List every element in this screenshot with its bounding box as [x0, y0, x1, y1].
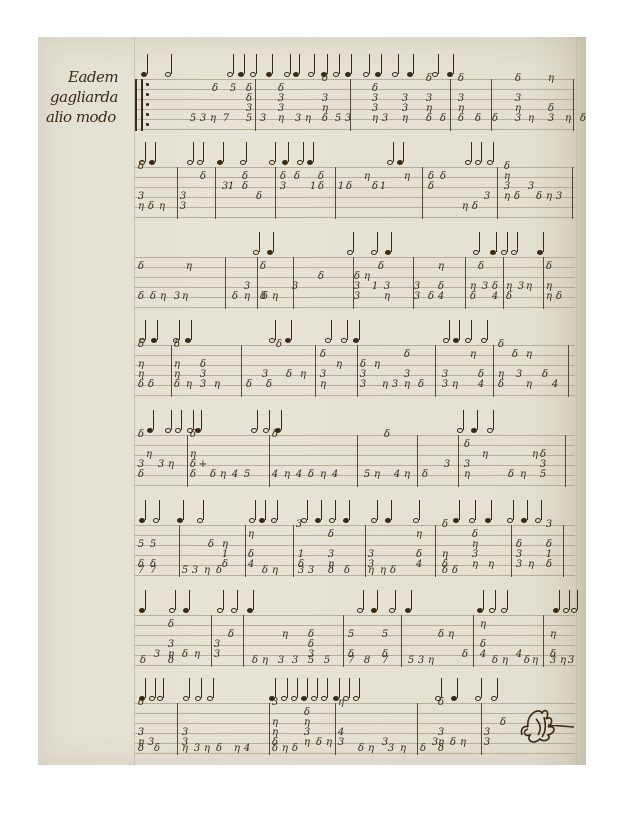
staff-line — [135, 615, 575, 616]
quarter-note-icon — [267, 231, 275, 255]
quarter-note-icon — [177, 499, 185, 523]
tab-fret-letter: δ — [138, 292, 144, 302]
tab-fret-letter: 4 — [438, 292, 444, 302]
half-note-icon — [357, 589, 365, 613]
tab-fret-letter: δ — [470, 292, 476, 302]
half-note-icon — [311, 677, 319, 701]
tab-fret-letter: δ — [190, 430, 196, 440]
staff-line — [135, 79, 575, 80]
half-note-icon — [491, 677, 499, 701]
tab-fret-letter: η — [146, 450, 152, 460]
tab-fret-letter: δ — [328, 530, 334, 540]
half-note-icon — [251, 409, 259, 433]
tab-fret-letter: η — [472, 560, 478, 570]
tab-fret-letter: η — [194, 650, 200, 660]
barline — [543, 257, 544, 309]
tab-fret-letter: δ — [372, 182, 378, 192]
tab-fret-letter: δ — [242, 182, 248, 192]
tab-fret-letter: η — [526, 380, 532, 390]
tab-fret-letter: δ — [246, 380, 252, 390]
half-note-icon — [432, 53, 440, 77]
tab-fret-letter: δ — [556, 292, 562, 302]
quarter-note-icon — [521, 499, 529, 523]
tab-fret-letter: δ — [168, 656, 174, 666]
tab-fret-letter: η — [182, 292, 188, 302]
half-note-icon — [325, 319, 333, 343]
barline — [568, 345, 569, 397]
staff-line — [135, 555, 575, 556]
tab-fret-letter: 3 — [272, 698, 278, 708]
tab-fret-letter: δ — [138, 744, 144, 754]
half-note-icon — [165, 409, 173, 433]
tab-fret-letter: δ — [212, 84, 218, 94]
half-note-icon — [353, 677, 361, 701]
tab-fret-letter: η — [282, 744, 288, 754]
barline — [179, 525, 180, 577]
tab-staff: δ553η7δδ353δ33η3ηδ3ηδ53δ33η333ηδ3ηδδδ3ηδ… — [135, 79, 575, 131]
half-note-icon — [250, 53, 258, 77]
tab-fret-letter: δ — [286, 370, 292, 380]
half-note-icon — [153, 499, 161, 523]
tab-fret-letter: δ — [200, 172, 206, 182]
barline — [497, 167, 498, 219]
tab-staff: δ3ηδ3δδη33δδη3η3δδ3555δ785δ753ηδηδηδ4δη4… — [135, 615, 575, 667]
half-note-icon — [563, 589, 571, 613]
tab-fret-letter: 4 — [272, 470, 278, 480]
tab-fret-letter: 3 — [516, 560, 522, 570]
tab-fret-letter: η — [248, 530, 254, 540]
barline — [315, 345, 316, 397]
tab-fret-letter: η — [480, 620, 486, 630]
staff-line — [135, 733, 575, 734]
tab-fret-letter: δ — [498, 380, 504, 390]
tab-fret-letter: δ — [138, 262, 144, 272]
tab-fret-letter: 5 — [182, 566, 188, 576]
quarter-note-icon — [375, 53, 383, 77]
half-note-icon — [297, 141, 305, 165]
tab-fret-letter: δ — [458, 114, 464, 124]
staff-line — [135, 455, 575, 456]
barline — [245, 525, 246, 577]
rhythm-row — [135, 585, 575, 613]
tab-fret-letter: η — [470, 350, 476, 360]
barline — [417, 703, 418, 755]
half-note-icon — [308, 53, 316, 77]
tab-fret-letter: δ — [150, 292, 156, 302]
tab-fret-letter: η — [448, 630, 454, 640]
quarter-note-icon — [185, 319, 193, 343]
tab-fret-letter: δ — [228, 630, 234, 640]
quarter-note-icon — [149, 141, 157, 165]
tab-fret-letter: δ — [174, 340, 180, 350]
tab-fret-letter: 4 — [244, 744, 250, 754]
tab-fret-letter: η — [560, 656, 566, 666]
tab-fret-letter: 3 — [484, 192, 490, 202]
tab-fret-letter: 3 — [194, 744, 200, 754]
tab-fret-letter: δ — [154, 744, 160, 754]
half-note-icon — [175, 409, 183, 433]
tab-fret-letter: η — [244, 292, 250, 302]
tab-fret-letter: η — [532, 656, 538, 666]
half-note-icon — [253, 231, 261, 255]
tab-fret-letter: 1 — [228, 182, 234, 192]
tab-fret-letter: 5 — [382, 630, 388, 640]
right-margin-rule — [576, 37, 577, 765]
tab-fret-letter: 5 — [244, 470, 250, 480]
tab-fret-letter: 4 — [296, 470, 302, 480]
quarter-note-icon — [285, 319, 293, 343]
tab-fret-letter: δ — [428, 292, 434, 302]
tab-fret-letter: 3 — [515, 114, 521, 124]
tab-fret-letter: 7 — [348, 656, 354, 666]
half-note-icon — [207, 677, 215, 701]
staff-line — [135, 109, 575, 110]
tab-fret-letter: η — [532, 450, 538, 460]
half-note-icon — [291, 677, 299, 701]
tab-fret-letter: δ — [418, 380, 424, 390]
tab-fret-letter: 3 — [550, 656, 556, 666]
quarter-note-icon — [405, 589, 413, 613]
tab-fret-letter: + — [199, 460, 207, 470]
quarter-note-icon — [385, 499, 393, 523]
quarter-note-icon — [315, 499, 323, 523]
tab-fret-letter: δ — [442, 566, 448, 576]
staff-line — [135, 645, 575, 646]
tab-fret-letter: η — [546, 192, 552, 202]
tab-fret-letter: δ — [462, 650, 468, 660]
staff-line — [135, 753, 575, 754]
staff-line — [135, 307, 575, 308]
quarter-note-icon — [247, 589, 255, 613]
heading-line-1: Eadem — [46, 67, 136, 87]
half-note-icon — [487, 409, 495, 433]
rhythm-row — [135, 227, 575, 255]
tab-staff: δηδδη3ηδ3ηδδηδ3δδ33η1δ3η33δηδ4ηδδ3δ4ηδ3η… — [135, 257, 575, 309]
tab-fret-letter: δ — [542, 370, 548, 380]
quarter-note-icon — [345, 53, 353, 77]
half-note-icon — [347, 231, 355, 255]
tab-fret-letter: δ — [216, 744, 222, 754]
tab-fret-letter: 3 — [292, 282, 298, 292]
staff-line — [135, 435, 575, 436]
quarter-note-icon — [371, 589, 379, 613]
quarter-note-icon — [217, 141, 225, 165]
half-note-icon — [475, 141, 483, 165]
tab-fret-letter: δ — [344, 566, 350, 576]
tab-fret-letter: η — [364, 172, 370, 182]
tab-fret-letter: δ — [492, 656, 498, 666]
quarter-note-icon — [490, 231, 498, 255]
tab-fret-letter: δ — [140, 656, 146, 666]
staff-line — [135, 257, 575, 258]
barline — [573, 79, 574, 131]
tab-fret-letter: η — [404, 470, 410, 480]
tab-fret-letter: δ — [498, 340, 504, 350]
quarter-note-icon — [307, 141, 315, 165]
tab-fret-letter: η — [168, 460, 174, 470]
barline — [177, 167, 178, 219]
barline — [572, 167, 573, 219]
tab-fret-letter: δ — [390, 566, 396, 576]
tab-fret-letter: δ — [442, 520, 448, 530]
tab-fret-letter: δ — [478, 262, 484, 272]
tab-fret-letter: η — [482, 450, 488, 460]
tab-fret-letter: η — [372, 114, 378, 124]
tab-fret-letter: η — [374, 360, 380, 370]
tab-fret-letter: η — [138, 202, 144, 212]
staff-line — [135, 89, 575, 90]
half-note-icon — [489, 589, 497, 613]
staff-line — [135, 635, 575, 636]
tab-fret-letter: δ — [464, 440, 470, 450]
piece-heading: Eadem gagliarda alio modo — [46, 67, 136, 127]
half-note-icon — [465, 319, 473, 343]
tab-fret-letter: δ — [422, 470, 428, 480]
tab-fret-letter: δ — [384, 430, 390, 440]
half-note-icon — [481, 319, 489, 343]
barline — [357, 435, 358, 487]
barline — [335, 703, 336, 755]
tab-fret-letter: δ — [420, 744, 426, 754]
barline — [543, 615, 544, 667]
barline — [417, 435, 418, 487]
tab-fret-letter: 5 — [324, 656, 330, 666]
half-note-icon — [413, 499, 421, 523]
tab-fret-letter: δ — [138, 380, 144, 390]
tab-fret-letter: δ — [308, 470, 314, 480]
quarter-note-icon — [553, 589, 561, 613]
tab-fret-letter: δ — [138, 698, 144, 708]
tab-fret-letter: δ — [210, 470, 216, 480]
tab-fret-letter: δ — [148, 202, 154, 212]
staff-line — [135, 99, 575, 100]
tab-fret-letter: η — [210, 114, 216, 124]
half-note-icon — [187, 141, 195, 165]
barline — [257, 257, 258, 309]
staff-line — [135, 445, 575, 446]
tab-fret-letter: δ — [536, 192, 542, 202]
tab-fret-letter: δ — [138, 162, 144, 172]
tab-fret-letter: δ — [452, 566, 458, 576]
barline — [458, 435, 459, 487]
tab-fret-letter: 5 — [335, 114, 341, 124]
tab-fret-letter: 3 — [442, 380, 448, 390]
barline — [241, 345, 242, 397]
tab-fret-letter: η — [338, 698, 344, 708]
quarter-note-icon — [471, 409, 479, 433]
quarter-note-icon — [141, 53, 149, 77]
tab-fret-letter: δ — [138, 430, 144, 440]
barline — [493, 345, 494, 397]
tab-fret-letter: δ — [272, 744, 278, 754]
half-note-icon — [571, 589, 579, 613]
staff-line — [135, 713, 575, 714]
tab-fret-letter: η — [526, 282, 532, 292]
tab-fret-letter: 3 — [528, 182, 534, 192]
tab-fret-letter: δ — [450, 738, 456, 748]
tab-fret-letter: δ — [475, 114, 481, 124]
tab-fret-letter: 1 — [372, 282, 378, 292]
tab-fret-letter: δ — [440, 172, 446, 182]
quarter-note-icon — [407, 53, 415, 77]
rhythm-row — [135, 673, 575, 701]
half-note-icon — [231, 589, 239, 613]
heading-line-3: alio modo — [46, 107, 136, 127]
barline — [293, 525, 294, 577]
tab-fret-letter: 3 — [345, 114, 351, 124]
barline — [243, 615, 244, 667]
staff-line — [135, 485, 575, 486]
tab-fret-letter: η — [320, 380, 326, 390]
half-note-icon — [333, 53, 341, 77]
rhythm-row — [135, 49, 575, 77]
tab-fret-letter: η — [428, 656, 434, 666]
half-note-icon — [363, 53, 371, 77]
half-note-icon — [329, 499, 337, 523]
tab-fret-letter: 3 — [444, 460, 450, 470]
tab-fret-letter: η — [528, 114, 534, 124]
half-note-icon — [475, 677, 483, 701]
tab-fret-letter: η — [204, 744, 210, 754]
tab-fret-letter: 5 — [150, 540, 156, 550]
quarter-note-icon — [477, 589, 485, 613]
tab-fret-letter: 5 — [408, 656, 414, 666]
tab-fret-letter: 3 — [174, 292, 180, 302]
rhythm-row — [135, 405, 575, 433]
half-note-icon — [443, 319, 451, 343]
tab-fret-letter: δ — [404, 350, 410, 360]
tab-fret-letter: 3 — [192, 566, 198, 576]
tab-fret-letter: η — [565, 114, 571, 124]
tab-fret-letter: δ — [346, 182, 352, 192]
tab-fret-letter: δ — [190, 470, 196, 480]
half-note-icon — [197, 499, 205, 523]
tab-fret-letter: η — [400, 744, 406, 754]
tab-fret-letter: δ — [232, 292, 238, 302]
tab-fret-letter: η — [220, 470, 226, 480]
half-note-icon — [269, 141, 277, 165]
barline — [563, 525, 564, 577]
tab-fret-letter: 4 — [552, 380, 558, 390]
tab-fret-letter: 4 — [394, 470, 400, 480]
tab-fret-letter: δ — [168, 620, 174, 630]
tab-fret-letter: η — [404, 172, 410, 182]
barline — [269, 435, 270, 487]
tab-fret-letter: η — [502, 656, 508, 666]
barline — [171, 345, 172, 397]
tab-fret-letter: δ — [378, 262, 384, 272]
tab-fret-letter: 3 — [414, 292, 420, 302]
tab-fret-letter: η — [182, 744, 188, 754]
tab-fret-letter: δ — [438, 698, 444, 708]
barline — [422, 167, 423, 219]
tab-fret-letter: 3 — [556, 192, 562, 202]
tab-fret-letter: η — [528, 560, 534, 570]
half-note-icon — [271, 499, 279, 523]
tab-fret-letter: η — [284, 470, 290, 480]
barline — [215, 167, 216, 219]
tab-fret-letter: δ — [492, 114, 498, 124]
tab-fret-letter: 4 — [332, 470, 338, 480]
half-note-icon — [183, 677, 191, 701]
tab-fret-letter: 5 — [364, 470, 370, 480]
tab-fret-letter: η — [368, 566, 374, 576]
tab-fret-letter: δ — [506, 292, 512, 302]
tab-fret-letter: 7 — [150, 566, 156, 576]
tab-fret-letter: η — [462, 202, 468, 212]
barline — [335, 167, 336, 219]
barline — [435, 345, 436, 397]
barline — [473, 615, 474, 667]
tab-fret-letter: 3 — [292, 656, 298, 666]
barline — [465, 257, 466, 309]
tab-fret-letter: 7 — [138, 566, 144, 576]
quarter-note-icon — [447, 53, 455, 77]
half-note-icon — [507, 499, 515, 523]
tab-fret-letter: η — [320, 470, 326, 480]
tab-fret-letter: η — [234, 744, 240, 754]
quarter-note-icon — [293, 53, 301, 77]
half-note-icon — [301, 499, 309, 523]
half-note-icon — [263, 409, 271, 433]
tab-fret-letter: 3 — [482, 282, 488, 292]
tab-fret-letter: 5 — [308, 656, 314, 666]
half-note-icon — [371, 231, 379, 255]
tab-fret-letter: 3 — [200, 380, 206, 390]
tab-fret-letter: 5 — [190, 114, 196, 124]
tab-fret-letter: η — [550, 630, 556, 640]
half-note-icon — [169, 589, 177, 613]
staff-line — [135, 267, 575, 268]
staff-line — [135, 703, 575, 704]
half-note-icon — [149, 677, 157, 701]
quarter-note-icon — [353, 319, 361, 343]
rhythm-row — [135, 315, 575, 343]
staff-line — [135, 665, 575, 666]
tab-fret-letter: η — [272, 566, 278, 576]
staff-line — [135, 217, 575, 218]
tab-fret-letter: 3 — [568, 656, 574, 666]
tab-fret-letter: η — [368, 744, 374, 754]
tab-fret-letter: 4 — [248, 560, 254, 570]
tab-fret-letter: 5 — [230, 84, 236, 94]
tab-fret-letter: δ — [438, 744, 444, 754]
staff-line — [135, 575, 575, 576]
quarter-note-icon — [537, 231, 545, 255]
barline — [177, 703, 178, 755]
tab-staff: δηηδδδηηδηδ33ηδ3δδδηδ3ηηδ33ηη3δ3ηδ33ηηδ4… — [135, 345, 575, 397]
quarter-note-icon — [147, 409, 155, 433]
tab-fret-letter: η — [262, 656, 268, 666]
tab-fret-letter: δ — [472, 202, 478, 212]
staff-line — [135, 207, 575, 208]
tab-fret-letter: δ — [222, 560, 228, 570]
tab-fret-letter: δ — [438, 630, 444, 640]
half-note-icon — [473, 231, 481, 255]
quarter-note-icon — [343, 499, 351, 523]
tab-fret-letter: δ — [546, 560, 552, 570]
tab-fret-letter: δ — [148, 380, 154, 390]
barline — [401, 615, 402, 667]
half-note-icon — [227, 53, 235, 77]
tab-fret-letter: 3 — [518, 282, 524, 292]
staff-line — [135, 535, 575, 536]
tab-fret-letter: δ — [440, 114, 446, 124]
tab-fret-letter: δ — [318, 182, 324, 192]
half-note-icon — [469, 499, 477, 523]
half-note-icon — [343, 677, 351, 701]
tab-fret-letter: η — [159, 202, 165, 212]
